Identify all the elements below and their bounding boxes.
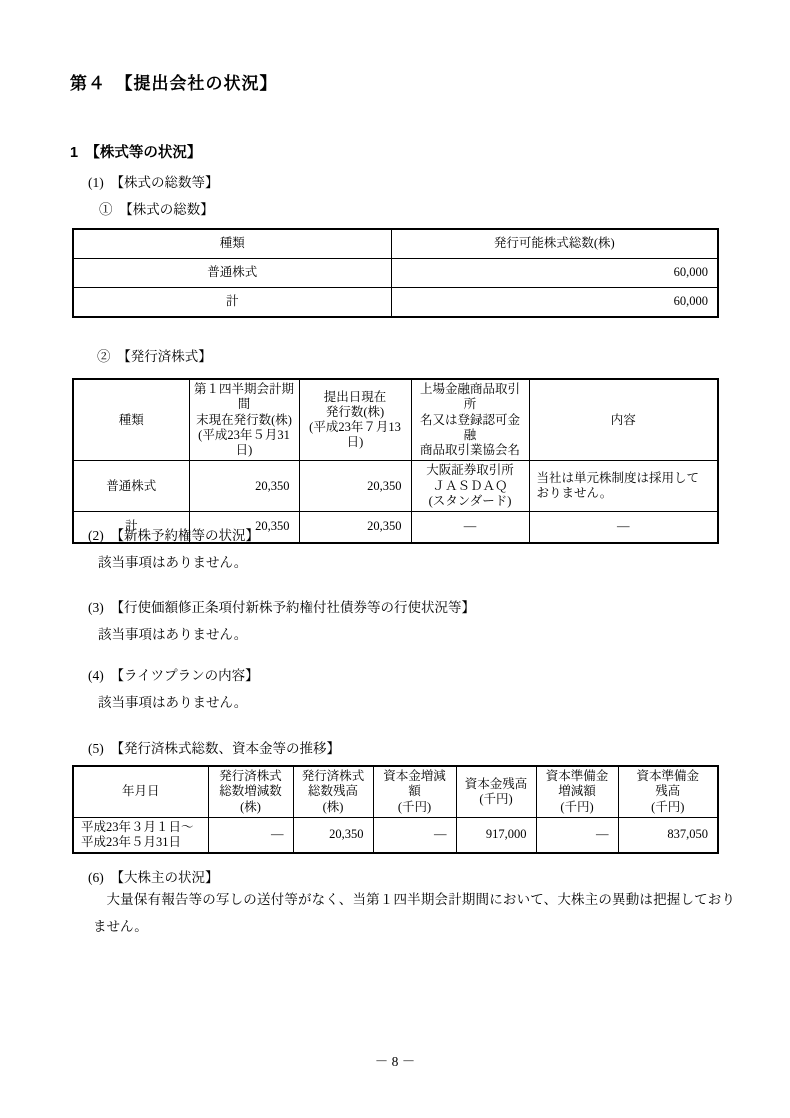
table-header-row: 種類 第１四半期会計期間 末現在発行数(株) (平成23年５月31日) 提出日現… [73, 379, 718, 461]
header-cell-kind: 種類 [73, 379, 189, 461]
cell-reserve-change: ― [536, 817, 618, 853]
cell-capital-change: ― [373, 817, 456, 853]
section-heading-rights-plan: (4) 【ライツプランの内容】 [88, 664, 259, 684]
convertible-bonds-note: 該当事項はありません。 [98, 623, 247, 643]
header-cell-reserve-change: 資本準備金 増減額 (千円) [536, 766, 618, 817]
cell-shares-change: ― [208, 817, 293, 853]
header-cell-description: 内容 [529, 379, 718, 461]
cell-authorized: 60,000 [391, 288, 718, 318]
cell-capital-balance: 917,000 [456, 817, 536, 853]
page-number: － 8 － [0, 1050, 790, 1070]
cell-description: ― [529, 512, 718, 544]
section-heading-total-shares: ① 【株式の総数】 [99, 198, 214, 218]
document-page: 第４ 【提出会社の状況】 1 【株式等の状況】 (1) 【株式の総数等】 ① 【… [0, 0, 790, 1118]
table-header-row: 種類 発行可能株式総数(株) [73, 229, 718, 259]
header-cell-kind: 種類 [73, 229, 391, 259]
cell-kind: 計 [73, 288, 391, 318]
header-cell-capital-change: 資本金増減額 (千円) [373, 766, 456, 817]
capital-history-table: 年月日 発行済株式 総数増減数 (株) 発行済株式 総数残高 (株) 資本金増減… [72, 765, 719, 854]
major-shareholders-note: 大量保有報告等の写しの送付等がなく、当第１四半期会計期間において、大株主の異動は… [93, 886, 735, 940]
table-row: 普通株式 60,000 [73, 259, 718, 288]
section-heading-major-shareholders: (6) 【大株主の状況】 [88, 866, 219, 886]
cell-shares-balance: 20,350 [293, 817, 373, 853]
section-heading-warrants: (2) 【新株予約権等の状況】 [88, 524, 259, 544]
total-shares-table: 種類 発行可能株式総数(株) 普通株式 60,000 計 60,000 [72, 228, 719, 318]
header-cell-authorized: 発行可能株式総数(株) [391, 229, 718, 259]
warrants-note: 該当事項はありません。 [98, 551, 247, 571]
header-cell-period: 年月日 [73, 766, 208, 817]
table-row-total: 計 60,000 [73, 288, 718, 318]
section-heading-convertible-bonds: (3) 【行使価額修正条項付新株予約権付社債券等の行使状況等】 [88, 596, 475, 616]
issued-shares-table: 種類 第１四半期会計期間 末現在発行数(株) (平成23年５月31日) 提出日現… [72, 378, 719, 544]
table-row: 普通株式 20,350 20,350 大阪証券取引所 ＪＡＳＤＡＱ (スタンダー… [73, 461, 718, 512]
header-cell-shares-change: 発行済株式 総数増減数 (株) [208, 766, 293, 817]
section-heading-capital-history: (5) 【発行済株式総数、資本金等の推移】 [88, 737, 340, 757]
rights-plan-note: 該当事項はありません。 [98, 691, 247, 711]
cell-exchange: 大阪証券取引所 ＪＡＳＤＡＱ (スタンダード) [411, 461, 529, 512]
header-cell-exchange: 上場金融商品取引所 名又は登録認可金融 商品取引業協会名 [411, 379, 529, 461]
cell-kind: 普通株式 [73, 461, 189, 512]
table-header-row: 年月日 発行済株式 総数増減数 (株) 発行済株式 総数残高 (株) 資本金増減… [73, 766, 718, 817]
cell-description: 当社は単元株制度は採用して おりません。 [529, 461, 718, 512]
cell-reserve-balance: 837,050 [618, 817, 718, 853]
cell-kind: 普通株式 [73, 259, 391, 288]
cell-filing-date: 20,350 [299, 461, 411, 512]
header-cell-filing-date: 提出日現在 発行数(株) (平成23年７月13日) [299, 379, 411, 461]
page-title: 第４ 【提出会社の状況】 [70, 69, 278, 94]
header-cell-q1-end: 第１四半期会計期間 末現在発行数(株) (平成23年５月31日) [189, 379, 299, 461]
cell-q1-end: 20,350 [189, 461, 299, 512]
header-cell-reserve-balance: 資本準備金 残高 (千円) [618, 766, 718, 817]
cell-period: 平成23年３月１日～ 平成23年５月31日 [73, 817, 208, 853]
cell-authorized: 60,000 [391, 259, 718, 288]
header-cell-capital-balance: 資本金残高 (千円) [456, 766, 536, 817]
section-heading-stock-info: 1 【株式等の状況】 [70, 141, 201, 162]
section-heading-total-shares-group: (1) 【株式の総数等】 [88, 171, 219, 191]
cell-filing-date: 20,350 [299, 512, 411, 544]
table-row: 平成23年３月１日～ 平成23年５月31日 ― 20,350 ― 917,000… [73, 817, 718, 853]
section-heading-issued-shares: ② 【発行済株式】 [97, 345, 212, 365]
header-cell-shares-balance: 発行済株式 総数残高 (株) [293, 766, 373, 817]
cell-exchange: ― [411, 512, 529, 544]
